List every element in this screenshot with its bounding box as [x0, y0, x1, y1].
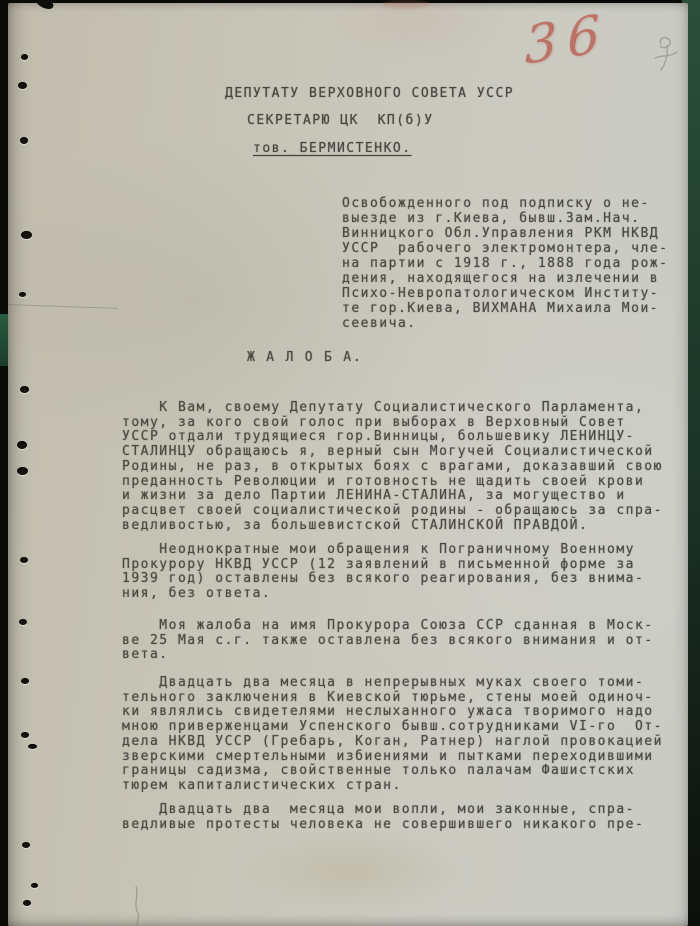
punch-hole	[21, 732, 29, 738]
punch-hole	[23, 900, 31, 906]
punch-hole	[22, 842, 30, 848]
punch-hole	[20, 386, 29, 393]
header-line-recipient-name: тов. БЕРМИСТЕНКО.	[253, 141, 412, 156]
complaint-title: Ж А Л О Б А.	[247, 351, 363, 366]
paper-crack	[130, 886, 144, 926]
punch-hole	[19, 292, 26, 297]
punch-hole	[20, 137, 28, 144]
punch-hole	[21, 678, 29, 684]
punch-hole	[31, 883, 38, 888]
paragraph-protests: Двадцать два месяца мои вопли, мои закон…	[122, 803, 644, 832]
paragraph-appeal: К Вам, своему Депутату Социалистического…	[122, 401, 663, 533]
scanned-document-page: 36 ДЕПУТАТУ ВЕРХОВНОГО СОВЕТА УССР СЕКРЕ…	[0, 0, 700, 926]
red-smudge	[382, 0, 430, 9]
addressee-block: Освобожденного под подписку о не- выезде…	[342, 196, 668, 331]
punch-hole	[28, 744, 37, 749]
header-line-addressee-title: ДЕПУТАТУ ВЕРХОВНОГО СОВЕТА УССР	[225, 86, 514, 101]
paragraph-border-prosecutor: Неоднократные мои обращения к Погранично…	[122, 543, 644, 602]
punch-hole	[18, 82, 27, 89]
punch-hole	[17, 441, 27, 449]
header-line-secretary: СЕКРЕТАРЮ ЦК КП(б)У	[247, 113, 434, 128]
punch-hole	[20, 557, 28, 563]
punch-hole	[17, 467, 28, 475]
paragraph-ussr-prosecutor: Моя жалоба на имя Прокурора Союза ССР сд…	[122, 619, 654, 663]
punch-hole	[21, 54, 28, 60]
paragraph-imprisonment: Двадцать два месяца в непрерывных муках …	[122, 676, 663, 794]
punch-hole	[19, 619, 27, 625]
punch-hole	[21, 231, 32, 239]
pencil-mark-icon	[653, 36, 687, 76]
